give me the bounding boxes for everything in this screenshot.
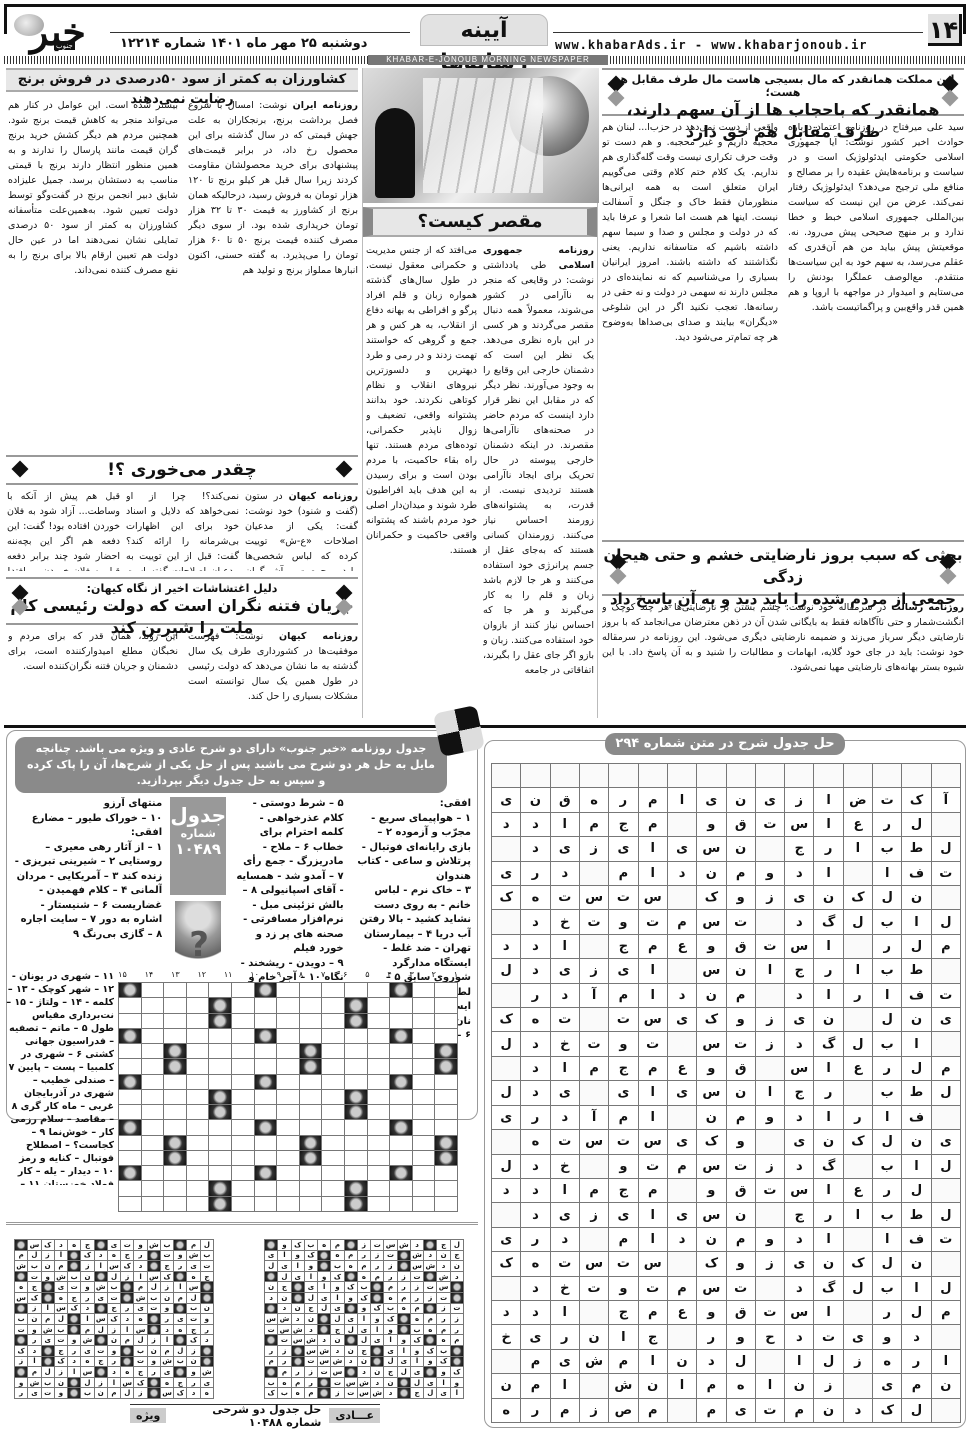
grid-cell[interactable]	[322, 1105, 345, 1120]
grid-cell[interactable]	[368, 1166, 391, 1181]
grid-cell[interactable]	[300, 1197, 323, 1212]
grid-cell[interactable]	[187, 1136, 210, 1151]
grid-cell[interactable]	[232, 1105, 255, 1120]
grid-cell[interactable]	[413, 1044, 436, 1059]
grid-cell[interactable]	[187, 1059, 210, 1074]
grid-cell[interactable]	[345, 1059, 368, 1074]
grid-cell[interactable]	[142, 1014, 165, 1029]
grid-cell[interactable]	[164, 1075, 187, 1090]
grid-cell[interactable]	[413, 1197, 436, 1212]
grid-cell: ج	[609, 1301, 638, 1325]
grid-cell[interactable]	[300, 1181, 323, 1196]
article-headline-line1: بحثی که سبب بروز نارضایتی خشم و حتی هیجا…	[602, 542, 964, 588]
grid-cell[interactable]	[187, 1151, 210, 1166]
grid-cell[interactable]	[164, 983, 187, 998]
grid-cell[interactable]	[232, 1151, 255, 1166]
grid-cell[interactable]	[119, 1105, 142, 1120]
grid-cell[interactable]	[413, 1105, 436, 1120]
grid-cell: س	[785, 1301, 814, 1325]
grid-cell[interactable]	[368, 1044, 391, 1059]
grid-cell[interactable]	[435, 1029, 458, 1044]
grid-cell: ج	[68, 1293, 81, 1304]
grid-cell[interactable]	[413, 1075, 436, 1090]
grid-cell[interactable]	[164, 1120, 187, 1135]
grid-cell: ق	[727, 1301, 756, 1325]
grid-cell[interactable]	[232, 1197, 255, 1212]
grid-cell[interactable]	[435, 1120, 458, 1135]
grid-cell[interactable]	[322, 1014, 345, 1029]
label-normal: عـــادی	[329, 1408, 380, 1423]
grid-cell[interactable]	[164, 1181, 187, 1196]
grid-cell[interactable]	[322, 1181, 345, 1196]
clues-heading: افقی:	[352, 797, 471, 812]
grid-cell[interactable]	[413, 1090, 436, 1105]
black-square	[398, 1325, 411, 1336]
grid-cell[interactable]	[277, 1075, 300, 1090]
grid-cell: م	[609, 1106, 638, 1130]
black-square	[292, 1346, 305, 1357]
grid-cell[interactable]	[187, 1166, 210, 1181]
black-square	[209, 1181, 232, 1196]
grid-cell[interactable]	[119, 1181, 142, 1196]
label-special: ویژه	[130, 1408, 166, 1423]
grid-cell[interactable]	[119, 1014, 142, 1029]
grid-cell[interactable]	[187, 983, 210, 998]
grid-cell[interactable]	[300, 1075, 323, 1090]
grid-cell[interactable]	[300, 998, 323, 1013]
grid-cell[interactable]	[368, 1197, 391, 1212]
grid-cell[interactable]	[142, 1197, 165, 1212]
clue-item: ۱۰ – خوراک طیور – مضارع	[13, 812, 162, 827]
crossword-grid[interactable]	[118, 982, 458, 1212]
clue-cell	[668, 959, 697, 983]
grid-cell[interactable]	[300, 1029, 323, 1044]
grid-cell: ر	[451, 1325, 464, 1336]
clue-cell	[844, 1081, 873, 1105]
grid-cell[interactable]	[435, 983, 458, 998]
website-urls[interactable]: www.khabarAds.ir - www.khabarjonoub.ir	[555, 38, 868, 52]
black-square	[201, 1346, 214, 1357]
grid-cell[interactable]	[345, 1166, 368, 1181]
jadval-logo-icon	[433, 705, 485, 757]
grid-cell[interactable]	[413, 1120, 436, 1135]
grid-cell[interactable]	[209, 1059, 232, 1074]
grid-cell: ه	[134, 1314, 147, 1325]
grid-cell[interactable]	[345, 1120, 368, 1135]
grid-cell[interactable]	[142, 1044, 165, 1059]
grid-cell: ر	[358, 1251, 371, 1262]
grid-cell[interactable]	[413, 1029, 436, 1044]
black-square	[300, 1151, 323, 1166]
grid-cell: ب	[278, 1388, 291, 1399]
grid-cell: ن	[814, 1252, 843, 1276]
grid-cell[interactable]	[368, 1120, 391, 1135]
grid-cell[interactable]	[255, 1181, 278, 1196]
grid-cell[interactable]	[119, 1059, 142, 1074]
grid-cell: ا	[873, 1106, 902, 1130]
grid-cell[interactable]	[277, 1090, 300, 1105]
grid-cell: ت	[68, 1282, 81, 1293]
grid-cell[interactable]	[232, 1181, 255, 1196]
grid-cell: ا	[756, 1374, 785, 1398]
grid-cell[interactable]	[368, 1075, 391, 1090]
grid-cell[interactable]	[232, 1044, 255, 1059]
grid-cell[interactable]	[142, 1075, 165, 1090]
grid-cell[interactable]	[255, 998, 278, 1013]
grid-cell: ج	[785, 1203, 814, 1227]
grid-cell[interactable]	[322, 1090, 345, 1105]
grid-cell[interactable]	[277, 1044, 300, 1059]
grid-cell[interactable]	[119, 998, 142, 1013]
grid-cell[interactable]	[413, 1166, 436, 1181]
grid-cell[interactable]	[322, 1044, 345, 1059]
grid-cell[interactable]	[142, 983, 165, 998]
black-square	[318, 1388, 331, 1399]
grid-cell: س	[697, 1155, 726, 1179]
grid-cell[interactable]	[232, 998, 255, 1013]
grid-cell[interactable]	[435, 1090, 458, 1105]
grid-cell[interactable]	[390, 1151, 413, 1166]
grid-cell: م	[639, 1179, 668, 1203]
grid-cell: ب	[265, 1378, 278, 1389]
grid-cell: و	[697, 1057, 726, 1081]
grid-cell[interactable]	[277, 1166, 300, 1181]
reader-silhouette	[375, 108, 415, 198]
grid-cell: س	[580, 886, 609, 910]
grid-cell[interactable]	[322, 998, 345, 1013]
grid-cell: س	[411, 1261, 424, 1272]
grid-cell[interactable]	[142, 1059, 165, 1074]
clue-cell	[492, 1350, 521, 1374]
grid-cell[interactable]	[413, 1151, 436, 1166]
grid-cell[interactable]	[413, 998, 436, 1013]
grid-cell: ک	[697, 1008, 726, 1032]
grid-cell: ی	[492, 1228, 521, 1252]
grid-cell[interactable]	[187, 1120, 210, 1135]
grid-cell[interactable]	[232, 1029, 255, 1044]
grid-cell[interactable]	[255, 1136, 278, 1151]
grid-cell[interactable]	[300, 1014, 323, 1029]
grid-cell[interactable]	[232, 1014, 255, 1029]
grid-cell[interactable]	[277, 1197, 300, 1212]
grid-cell: و	[451, 1378, 464, 1389]
grid-cell: ز	[580, 1399, 609, 1423]
grid-cell[interactable]	[164, 1166, 187, 1181]
grid-cell[interactable]	[232, 983, 255, 998]
grid-cell: ا	[902, 1155, 931, 1179]
grid-cell[interactable]	[119, 1090, 142, 1105]
clue-cell	[492, 1057, 521, 1081]
grid-cell: و	[187, 1367, 200, 1378]
grid-cell: م	[187, 1240, 200, 1251]
grid-cell[interactable]	[368, 1029, 391, 1044]
grid-cell: ز	[358, 1240, 371, 1251]
grid-cell: س	[15, 1293, 28, 1304]
black-square	[209, 1105, 232, 1120]
clues-continued: ۱۱ – شهری در یونان - ۱۲ – شهر کوچک - ۱۳ …	[6, 970, 114, 1185]
grid-cell[interactable]	[390, 1090, 413, 1105]
grid-cell[interactable]	[322, 1197, 345, 1212]
grid-cell: ر	[81, 1293, 94, 1304]
solution-arrow-grid: ینقهرماینیزاضتکآددامجموقتساعرلدیزیایسنجر…	[491, 763, 961, 1423]
grid-cell[interactable]	[119, 1044, 142, 1059]
grid-cell[interactable]	[322, 1120, 345, 1135]
grid-cell[interactable]	[209, 1029, 232, 1044]
grid-cell[interactable]	[368, 1151, 391, 1166]
black-square	[345, 1197, 368, 1212]
grid-cell[interactable]	[232, 1090, 255, 1105]
grid-cell[interactable]	[187, 1181, 210, 1196]
black-square	[435, 1136, 458, 1151]
article-headline-line2: جمعی از مردم شده را باید دید و به آن پاس…	[602, 588, 964, 610]
grid-cell[interactable]	[368, 1181, 391, 1196]
grid-cell: ل	[305, 1293, 318, 1304]
grid-cell: م	[292, 1378, 305, 1389]
grid-cell[interactable]	[277, 983, 300, 998]
grid-cell: ه	[398, 1304, 411, 1315]
grid-cell[interactable]	[322, 983, 345, 998]
grid-cell[interactable]	[119, 1197, 142, 1212]
grid-cell[interactable]	[232, 1166, 255, 1181]
grid-cell: خ	[492, 1325, 521, 1349]
clue-cell	[844, 862, 873, 886]
black-square	[174, 1335, 187, 1346]
grid-cell[interactable]	[413, 983, 436, 998]
grid-cell[interactable]	[187, 1029, 210, 1044]
black-square	[95, 1240, 108, 1251]
article-body: نمی‌کند؟! چرا از او نمی‌خواهد که دلایل و…	[126, 491, 239, 571]
article-fetneh: دلیل اغتشاشات اخیر از نگاه کیهان: جریان …	[6, 577, 358, 717]
grid-cell[interactable]	[277, 1181, 300, 1196]
grid-cell: ز	[161, 1282, 174, 1293]
grid-cell[interactable]	[300, 1105, 323, 1120]
grid-cell[interactable]	[435, 1197, 458, 1212]
grid-cell[interactable]	[187, 1014, 210, 1029]
grid-cell: د	[492, 1301, 521, 1325]
grid-cell[interactable]	[187, 1090, 210, 1105]
grid-cell[interactable]	[322, 1166, 345, 1181]
black-square	[292, 1357, 305, 1368]
grid-cell: ت	[609, 1252, 638, 1276]
grid-cell[interactable]	[164, 1029, 187, 1044]
question-mark-figure-icon: ?	[175, 901, 221, 981]
grid-cell: م	[551, 1399, 580, 1423]
grid-cell[interactable]	[413, 1014, 436, 1029]
grid-cell[interactable]	[142, 998, 165, 1013]
grid-cell[interactable]	[209, 1151, 232, 1166]
grid-cell[interactable]	[164, 1090, 187, 1105]
grid-cell[interactable]	[209, 1120, 232, 1135]
grid-cell: ی	[278, 1261, 291, 1272]
grid-cell[interactable]	[390, 1181, 413, 1196]
grid-cell[interactable]	[413, 1059, 436, 1074]
grid-cell[interactable]	[209, 1075, 232, 1090]
grid-cell[interactable]	[435, 998, 458, 1013]
grid-cell: ن	[697, 1106, 726, 1130]
grid-cell: س	[187, 1282, 200, 1293]
grid-cell[interactable]	[187, 1075, 210, 1090]
grid-cell: ک	[265, 1388, 278, 1399]
black-square	[148, 1261, 161, 1272]
grid-cell[interactable]	[435, 1181, 458, 1196]
grid-cell: ت	[187, 1314, 200, 1325]
grid-cell[interactable]	[164, 1105, 187, 1120]
grid-cell[interactable]	[187, 1105, 210, 1120]
grid-cell[interactable]	[142, 1029, 165, 1044]
grid-cell[interactable]	[164, 1197, 187, 1212]
grid-cell[interactable]	[232, 1120, 255, 1135]
grid-cell: ص	[609, 1399, 638, 1423]
grid-cell: ی	[411, 1367, 424, 1378]
grid-cell[interactable]	[345, 1136, 368, 1151]
grid-cell[interactable]	[413, 1181, 436, 1196]
grid-cell[interactable]	[322, 1029, 345, 1044]
clue-cell	[668, 813, 697, 837]
grid-cell[interactable]	[322, 1136, 345, 1151]
black-square	[68, 1325, 81, 1336]
grid-cell: ل	[398, 1367, 411, 1378]
grid-cell[interactable]	[142, 1181, 165, 1196]
grid-cell[interactable]	[300, 1090, 323, 1105]
grid-cell: ر	[187, 1378, 200, 1389]
grid-cell[interactable]	[368, 1014, 391, 1029]
grid-cell[interactable]	[255, 1044, 278, 1059]
grid-cell: ت	[551, 1252, 580, 1276]
grid-cell[interactable]	[209, 1136, 232, 1151]
grid-cell: ب	[873, 1203, 902, 1227]
grid-cell[interactable]	[255, 1014, 278, 1029]
grid-cell[interactable]	[277, 1105, 300, 1120]
black-square	[398, 1261, 411, 1272]
grid-cell[interactable]	[119, 1151, 142, 1166]
grid-cell[interactable]	[232, 1136, 255, 1151]
grid-cell[interactable]	[142, 1120, 165, 1135]
grid-cell[interactable]	[413, 1136, 436, 1151]
grid-cell[interactable]	[142, 1166, 165, 1181]
grid-cell: س	[318, 1357, 331, 1368]
grid-cell[interactable]	[322, 1059, 345, 1074]
grid-cell[interactable]	[345, 1044, 368, 1059]
grid-cell: و	[81, 1282, 94, 1293]
grid-cell: م	[108, 1388, 121, 1399]
grid-cell[interactable]	[142, 1105, 165, 1120]
grid-cell: ا	[174, 1282, 187, 1293]
grid-cell[interactable]	[435, 1105, 458, 1120]
grid-cell[interactable]	[209, 983, 232, 998]
grid-cell[interactable]	[368, 1105, 391, 1120]
grid-cell[interactable]	[390, 1059, 413, 1074]
grid-cell[interactable]	[345, 1075, 368, 1090]
grid-cell: ر	[265, 1346, 278, 1357]
grid-cell: ی	[551, 959, 580, 983]
grid-cell: ب	[873, 910, 902, 934]
grid-cell[interactable]	[187, 998, 210, 1013]
grid-cell[interactable]	[187, 1044, 210, 1059]
grid-cell[interactable]	[142, 1136, 165, 1151]
article-column: سید علی میرفتاح در روزنامه اعتماد درباره…	[788, 120, 964, 525]
grid-cell: و	[398, 1335, 411, 1346]
grid-cell[interactable]	[277, 1014, 300, 1029]
grid-cell[interactable]	[390, 1014, 413, 1029]
grid-cell[interactable]	[390, 1044, 413, 1059]
grid-cell[interactable]	[277, 1151, 300, 1166]
clue-cell	[668, 1325, 697, 1349]
grid-cell[interactable]	[209, 1166, 232, 1181]
grid-cell[interactable]	[255, 1090, 278, 1105]
grid-cell[interactable]	[277, 1059, 300, 1074]
grid-cell[interactable]	[368, 1136, 391, 1151]
grid-cell[interactable]	[164, 1014, 187, 1029]
grid-cell[interactable]	[187, 1197, 210, 1212]
grid-cell: ا	[844, 1203, 873, 1227]
grid-cell: ب	[873, 1277, 902, 1301]
grid-cell[interactable]	[345, 983, 368, 998]
grid-cell[interactable]	[119, 1136, 142, 1151]
grid-cell[interactable]	[390, 1197, 413, 1212]
col-number: ۲	[432, 970, 436, 979]
grid-cell[interactable]	[300, 1120, 323, 1135]
grid-cell: ت	[55, 1335, 68, 1346]
black-square	[371, 1282, 384, 1293]
solution-puzzle: حل جدول شرح در متن شماره ۲۹۴ ینقهرماینیز…	[484, 740, 966, 1428]
grid-cell[interactable]	[255, 1197, 278, 1212]
grid-cell[interactable]	[277, 1029, 300, 1044]
grid-cell[interactable]	[142, 1090, 165, 1105]
grid-cell: ر	[873, 1179, 902, 1203]
grid-cell[interactable]	[300, 1166, 323, 1181]
grid-cell[interactable]	[368, 998, 391, 1013]
grid-cell: ا	[814, 1179, 843, 1203]
grid-cell: ی	[384, 1346, 397, 1357]
grid-cell[interactable]	[435, 1075, 458, 1090]
grid-cell[interactable]	[368, 1059, 391, 1074]
grid-cell[interactable]	[368, 983, 391, 998]
clue-item: ۱۱ – شهری در یونان - ۱۲ – شهر کوچک - ۱۳ …	[6, 971, 114, 1185]
grid-cell[interactable]	[345, 1151, 368, 1166]
grid-cell[interactable]	[435, 1014, 458, 1029]
grid-cell[interactable]	[255, 1059, 278, 1074]
grid-cell: ا	[28, 1357, 41, 1368]
grid-cell: ن	[42, 1261, 55, 1272]
grid-cell[interactable]	[255, 1151, 278, 1166]
grid-cell[interactable]	[255, 1105, 278, 1120]
grid-cell[interactable]	[368, 1090, 391, 1105]
grid-cell[interactable]	[277, 998, 300, 1013]
grid-cell[interactable]	[277, 1136, 300, 1151]
grid-cell[interactable]	[277, 1120, 300, 1135]
grid-cell[interactable]	[390, 1136, 413, 1151]
grid-cell[interactable]	[232, 1059, 255, 1074]
grid-cell: ز	[121, 1272, 134, 1283]
grid-cell[interactable]	[164, 998, 187, 1013]
grid-cell[interactable]	[232, 1075, 255, 1090]
grid-cell: د	[28, 1346, 41, 1357]
grid-cell[interactable]	[300, 983, 323, 998]
grid-cell[interactable]	[390, 998, 413, 1013]
grid-cell: ی	[305, 1282, 318, 1293]
solution-grid-special: وکبهمزتسشدجلیاوکهمرزتشدنجلیاوبهمرزسشدنلی…	[264, 1239, 464, 1399]
grid-cell[interactable]	[345, 1029, 368, 1044]
grid-cell[interactable]	[390, 1105, 413, 1120]
grid-cell: ی	[873, 1374, 902, 1398]
grid-cell[interactable]	[142, 1151, 165, 1166]
grid-cell[interactable]	[322, 1075, 345, 1090]
grid-cell[interactable]	[322, 1151, 345, 1166]
grid-cell[interactable]	[209, 1044, 232, 1059]
grid-cell: د	[521, 1057, 550, 1081]
grid-cell: ق	[727, 935, 756, 959]
grid-cell[interactable]	[435, 1166, 458, 1181]
